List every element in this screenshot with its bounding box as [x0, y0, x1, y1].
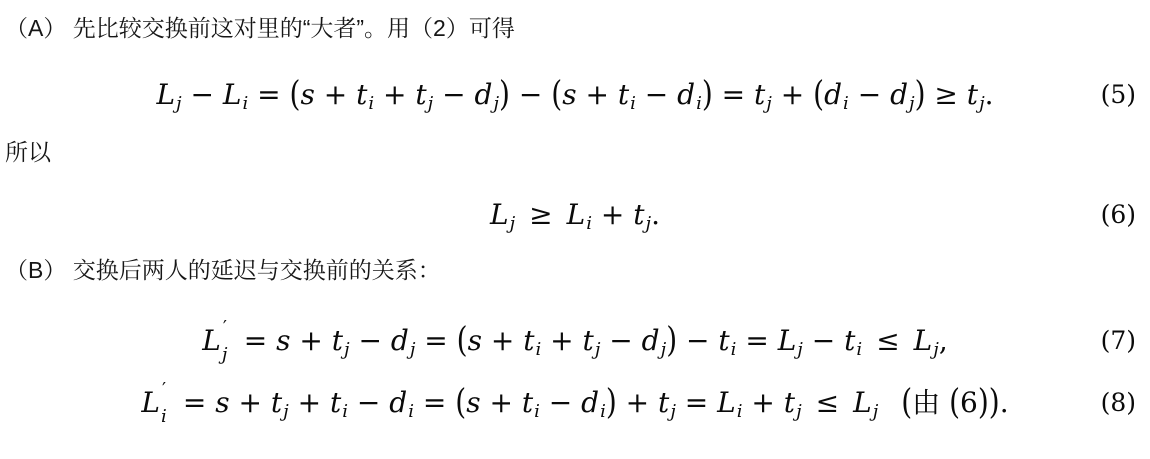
paragraph-suoyi: 所以 [5, 136, 51, 168]
equation-8-number: (8) [1101, 379, 1136, 427]
equation-6: Lj ≥ Li + tj. [490, 198, 660, 231]
equation-8: L′i = s + tj + ti − di = (s + ti − di) +… [141, 386, 1008, 419]
equation-7-number: (7) [1101, 317, 1136, 365]
equation-5: Lj − Li = (s + ti + tj − dj) − (s + ti −… [156, 78, 993, 111]
paragraph-b: （B） 交换后两人的延迟与交换前的关系： [5, 254, 441, 286]
page: （A） 先比较交换前这对里的“大者”。用（2）可得 Lj − Li = (s +… [0, 0, 1150, 459]
equation-5-row: Lj − Li = (s + ti + tj − dj) − (s + ti −… [0, 71, 1150, 119]
equation-6-number: (6) [1101, 191, 1136, 239]
equation-7: L′j = s + tj − dj = (s + ti + tj − dj) −… [202, 324, 948, 357]
equation-7-row: L′j = s + tj − dj = (s + ti + tj − dj) −… [0, 317, 1150, 365]
equation-8-row: L′i = s + tj + ti − di = (s + ti − di) +… [0, 379, 1150, 427]
paragraph-a: （A） 先比较交换前这对里的“大者”。用（2）可得 [5, 12, 515, 44]
equation-5-number: (5) [1101, 71, 1136, 119]
equation-6-row: Lj ≥ Li + tj. (6) [0, 191, 1150, 239]
